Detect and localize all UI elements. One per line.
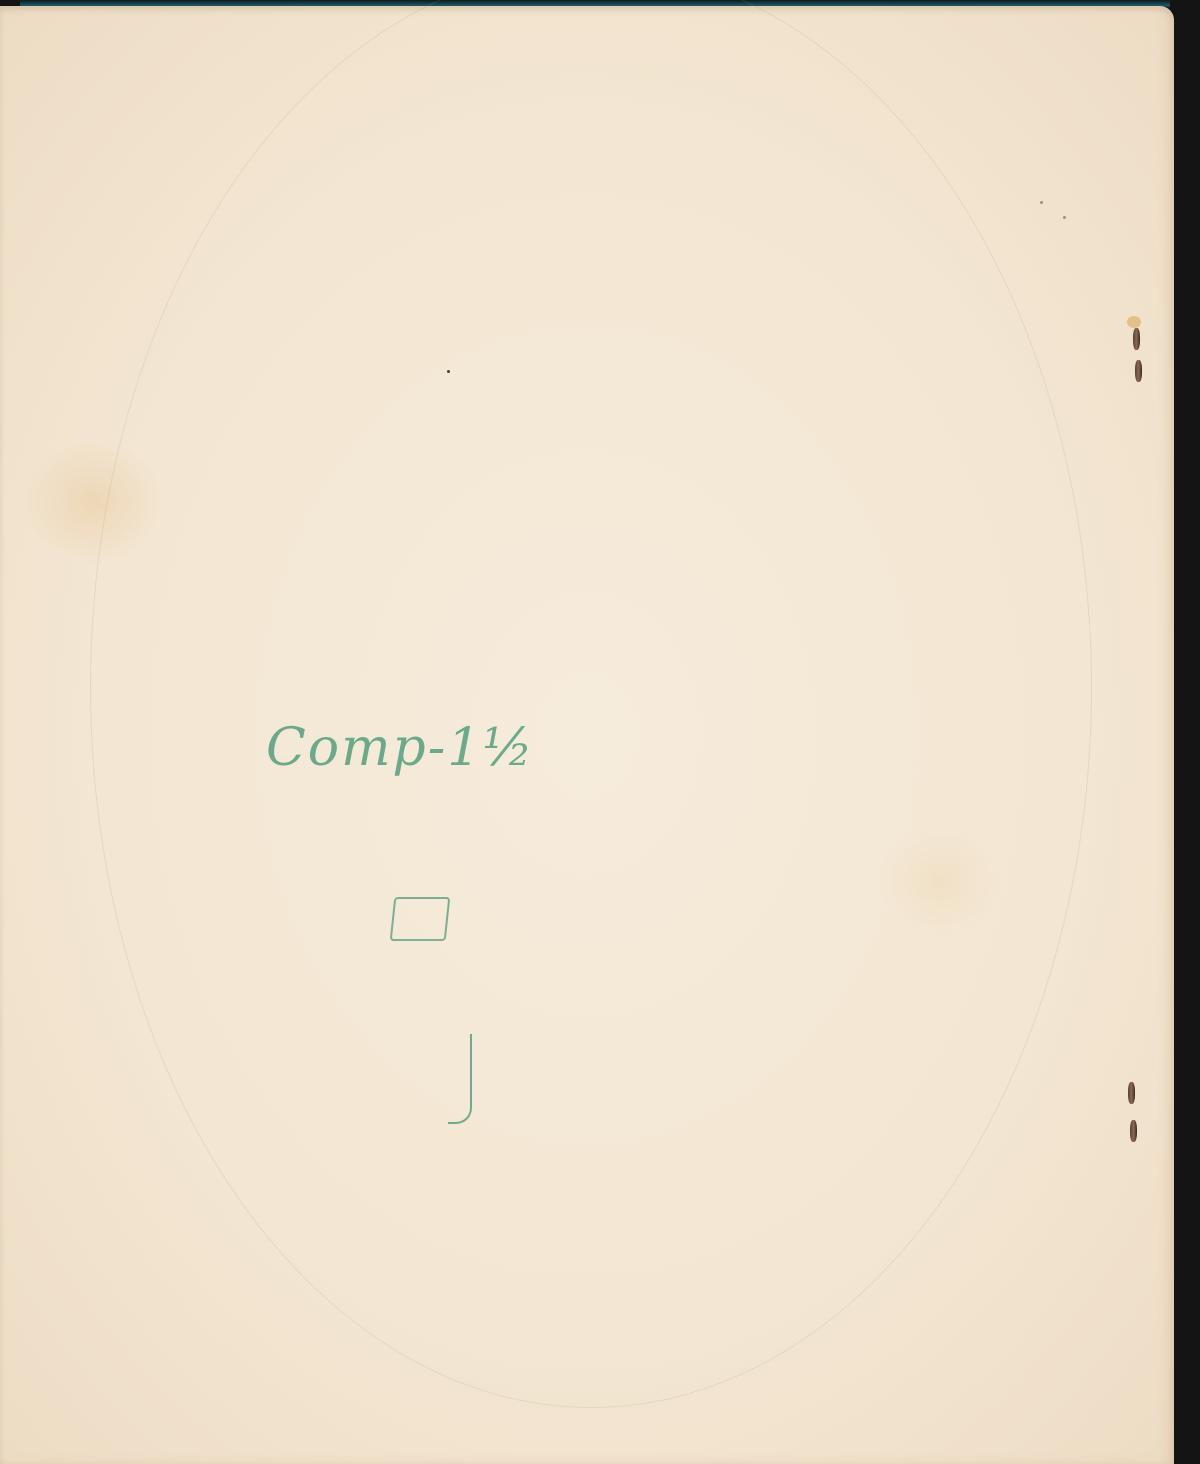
speck (1063, 216, 1066, 219)
handwritten-checkbox-mark (390, 897, 451, 941)
handwritten-label: Comp-1½ (266, 718, 535, 778)
rust-stain (1127, 316, 1141, 328)
staple-icon (1130, 1120, 1137, 1142)
paper-back-cover: Comp-1½ (0, 6, 1174, 1464)
staple-icon (1128, 1082, 1135, 1104)
handwritten-bracket-mark (448, 1034, 472, 1124)
speck (447, 370, 450, 373)
staple-icon (1133, 328, 1140, 350)
embossed-oval-impression (90, 0, 1092, 1408)
speck (1040, 201, 1043, 204)
staple-icon (1135, 360, 1142, 382)
